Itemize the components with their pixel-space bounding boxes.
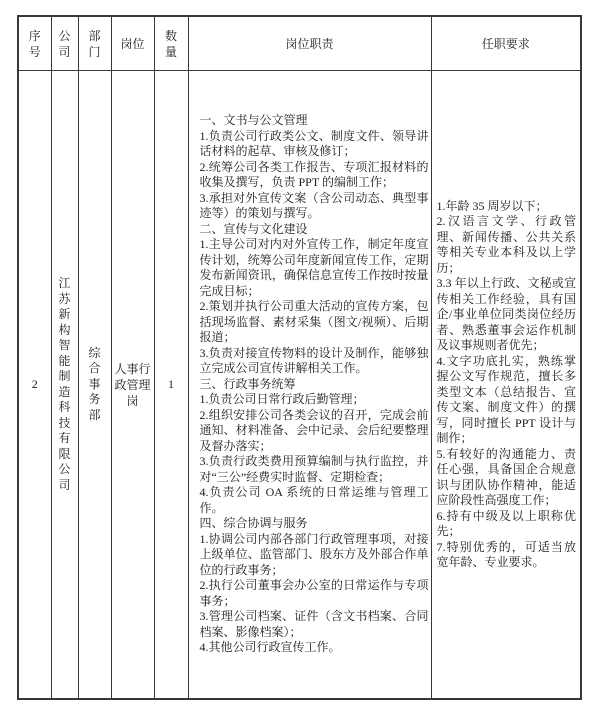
position-name: 人事行政管理岗 [113,361,152,409]
requirement-line: 6.持有中级及以上职称优先； [437,509,577,540]
requirement-line: 1.年龄 35 周岁以下； [437,199,577,215]
cell-responsibilities: 一、文书与公文管理1.负责公司行政类公文、制度文件、领导讲话材料的起草、审核及修… [188,71,431,700]
responsibility-line: 3.负责对接宣传物料的设计及制作，能够独立完成公司宣传讲解相关工作。 [200,346,429,377]
cell-company: 江苏新构智能制造科技有限公司 [51,71,78,700]
responsibility-line: 2.策划并执行公司重大活动的宣传方案，包括现场监督、素材采集（图文/视频）、后期… [200,299,429,346]
cell-position: 人事行政管理岗 [111,71,154,700]
recruitment-table: 序号 公司 部门 岗位 数量 岗位职责 任职要求 2 江苏新构智能制造科技有限公… [17,15,582,700]
responsibility-line: 2.执行公司董事会办公室的日常运作与专项事务； [200,578,429,609]
table-row: 2 江苏新构智能制造科技有限公司 综合事务部 人事行政管理岗 1 一、文书与公文… [18,71,581,700]
requirement-line: 2.汉语言文学、行政管理、新闻传播、公共关系等相关专业本科及以上学历； [437,214,577,276]
responsibility-line: 二、宣传与文化建设 [200,222,429,238]
company-name: 江苏新构智能制造科技有限公司 [59,276,71,493]
responsibility-line: 1.负责公司日常行政后勤管理； [200,392,429,408]
responsibility-line: 1.主导公司对内对外宣传工作，制定年度宣传计划，统筹公司年度新闻宣传工作，定期发… [200,237,429,299]
header-index: 序号 [18,16,51,71]
responsibility-line: 3.承担对外宣传文案（含公司动态、典型事迹等）的策划与撰写。 [200,191,429,222]
requirement-line: 5.有较好的沟通能力、责任心强，具备国企合规意识与团队协作精神，能适应阶段性高强… [437,447,577,509]
responsibilities-list: 一、文书与公文管理1.负责公司行政类公文、制度文件、领导讲话材料的起草、审核及修… [200,113,429,656]
cell-index: 2 [18,71,51,700]
responsibility-line: 3.负责行政类费用预算编制与执行监控，并对“三公”经费实时监督、定期检查； [200,454,429,485]
responsibility-line: 1.负责公司行政类公文、制度文件、领导讲话材料的起草、审核及修订； [200,129,429,160]
responsibility-line: 一、文书与公文管理 [200,113,429,129]
header-position: 岗位 [111,16,154,71]
header-requirements: 任职要求 [431,16,581,71]
requirement-line: 3.3 年以上行政、文秘或宣传相关工作经验，具有国企/事业单位同类岗位经历者、熟… [437,276,577,354]
header-responsibilities: 岗位职责 [188,16,431,71]
header-row: 序号 公司 部门 岗位 数量 岗位职责 任职要求 [18,16,581,71]
header-company: 公司 [51,16,78,71]
cell-department: 综合事务部 [78,71,111,700]
department-name: 综合事务部 [89,346,101,424]
requirement-line: 7.特别优秀的，可适当放宽年龄、专业要求。 [437,540,577,571]
responsibility-line: 4.负责公司 OA 系统的日常运维与管理工作。 [200,485,429,516]
cell-count: 1 [154,71,188,700]
responsibility-line: 2.统筹公司各类工作报告、专项汇报材料的收集及撰写，负责 PPT 的编制工作； [200,160,429,191]
responsibility-line: 1.协调公司内部各部门行政管理事项，对接上级单位、监管部门、股东方及外部合作单位… [200,532,429,579]
requirement-line: 4.文字功底扎实，熟练掌握公文写作规范，擅长多类型文本（总结报告、宣传文案、制度… [437,354,577,447]
cell-requirements: 1.年龄 35 周岁以下；2.汉语言文学、行政管理、新闻传播、公共关系等相关专业… [431,71,581,700]
responsibility-line: 四、综合协调与服务 [200,516,429,532]
responsibility-line: 4.其他公司行政宣传工作。 [200,640,429,656]
header-count: 数量 [154,16,188,71]
responsibility-line: 2.组织安排公司各类会议的召开，完成会前通知、材料准备、会中记录、会后纪要整理及… [200,408,429,455]
responsibility-line: 三、行政事务统筹 [200,377,429,393]
responsibility-line: 3.管理公司档案、证件（含文书档案、合同档案、影像档案）； [200,609,429,640]
header-department: 部门 [78,16,111,71]
requirements-list: 1.年龄 35 周岁以下；2.汉语言文学、行政管理、新闻传播、公共关系等相关专业… [437,199,577,571]
